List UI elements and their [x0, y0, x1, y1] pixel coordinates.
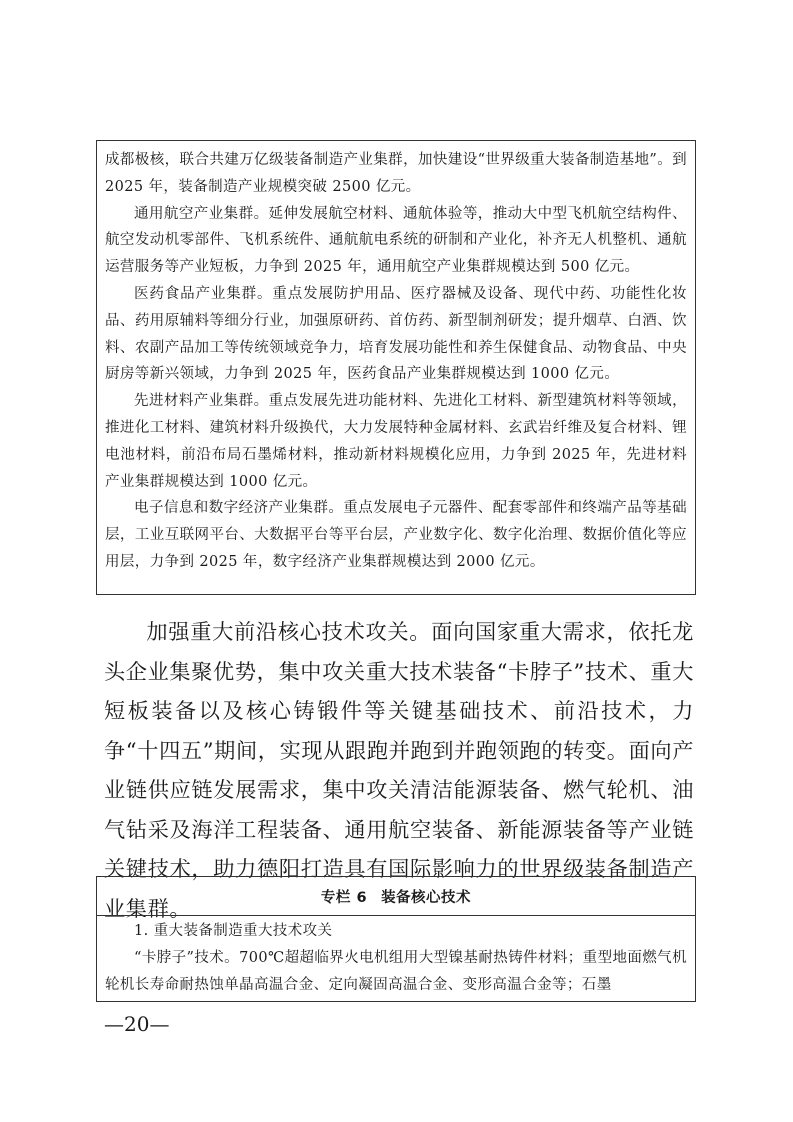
page-number: —20—: [104, 1012, 169, 1036]
column-box-core-technology: 专栏 6 装备核心技术 1. 重大装备制造重大技术攻关 “卡脖子”技术。700℃…: [96, 876, 696, 1002]
box-paragraph-general-aviation: 通用航空产业集群。延伸发展航空材料、通航体验等，推动大中型飞机航空结构件、航空发…: [105, 201, 687, 281]
column-subheading: 1. 重大装备制造重大技术攻关: [105, 918, 687, 945]
industry-cluster-textbox: 成都极核，联合共建万亿级装备制造产业集群，加快建设“世界级重大装备制造基地”。到…: [96, 140, 696, 595]
column-box-header: 专栏 6 装备核心技术: [97, 877, 695, 916]
column-title: 装备核心技术: [381, 886, 471, 907]
column-label: 专栏 6: [321, 886, 367, 907]
box-paragraph-medicine-food: 医药食品产业集群。重点发展防护用品、医疗器械及设备、现代中药、功能性化妆品、药用…: [105, 281, 687, 388]
column-paragraph: “卡脖子”技术。700℃超超临界火电机组用大型镍基耐热铸件材料；重型地面燃气机轮…: [105, 945, 687, 999]
column-box-content: 1. 重大装备制造重大技术攻关 “卡脖子”技术。700℃超超临界火电机组用大型镍…: [97, 916, 695, 999]
box-paragraph-digital-economy: 电子信息和数字经济产业集群。重点发展电子元器件、配套零部件和终端产品等基础层，工…: [105, 495, 687, 575]
box-paragraph-advanced-materials: 先进材料产业集群。重点发展先进功能材料、先进化工材料、新型建筑材料等领域，推进化…: [105, 388, 687, 495]
box-paragraph-equipment-cluster: 成都极核，联合共建万亿级装备制造产业集群，加快建设“世界级重大装备制造基地”。到…: [105, 147, 687, 201]
